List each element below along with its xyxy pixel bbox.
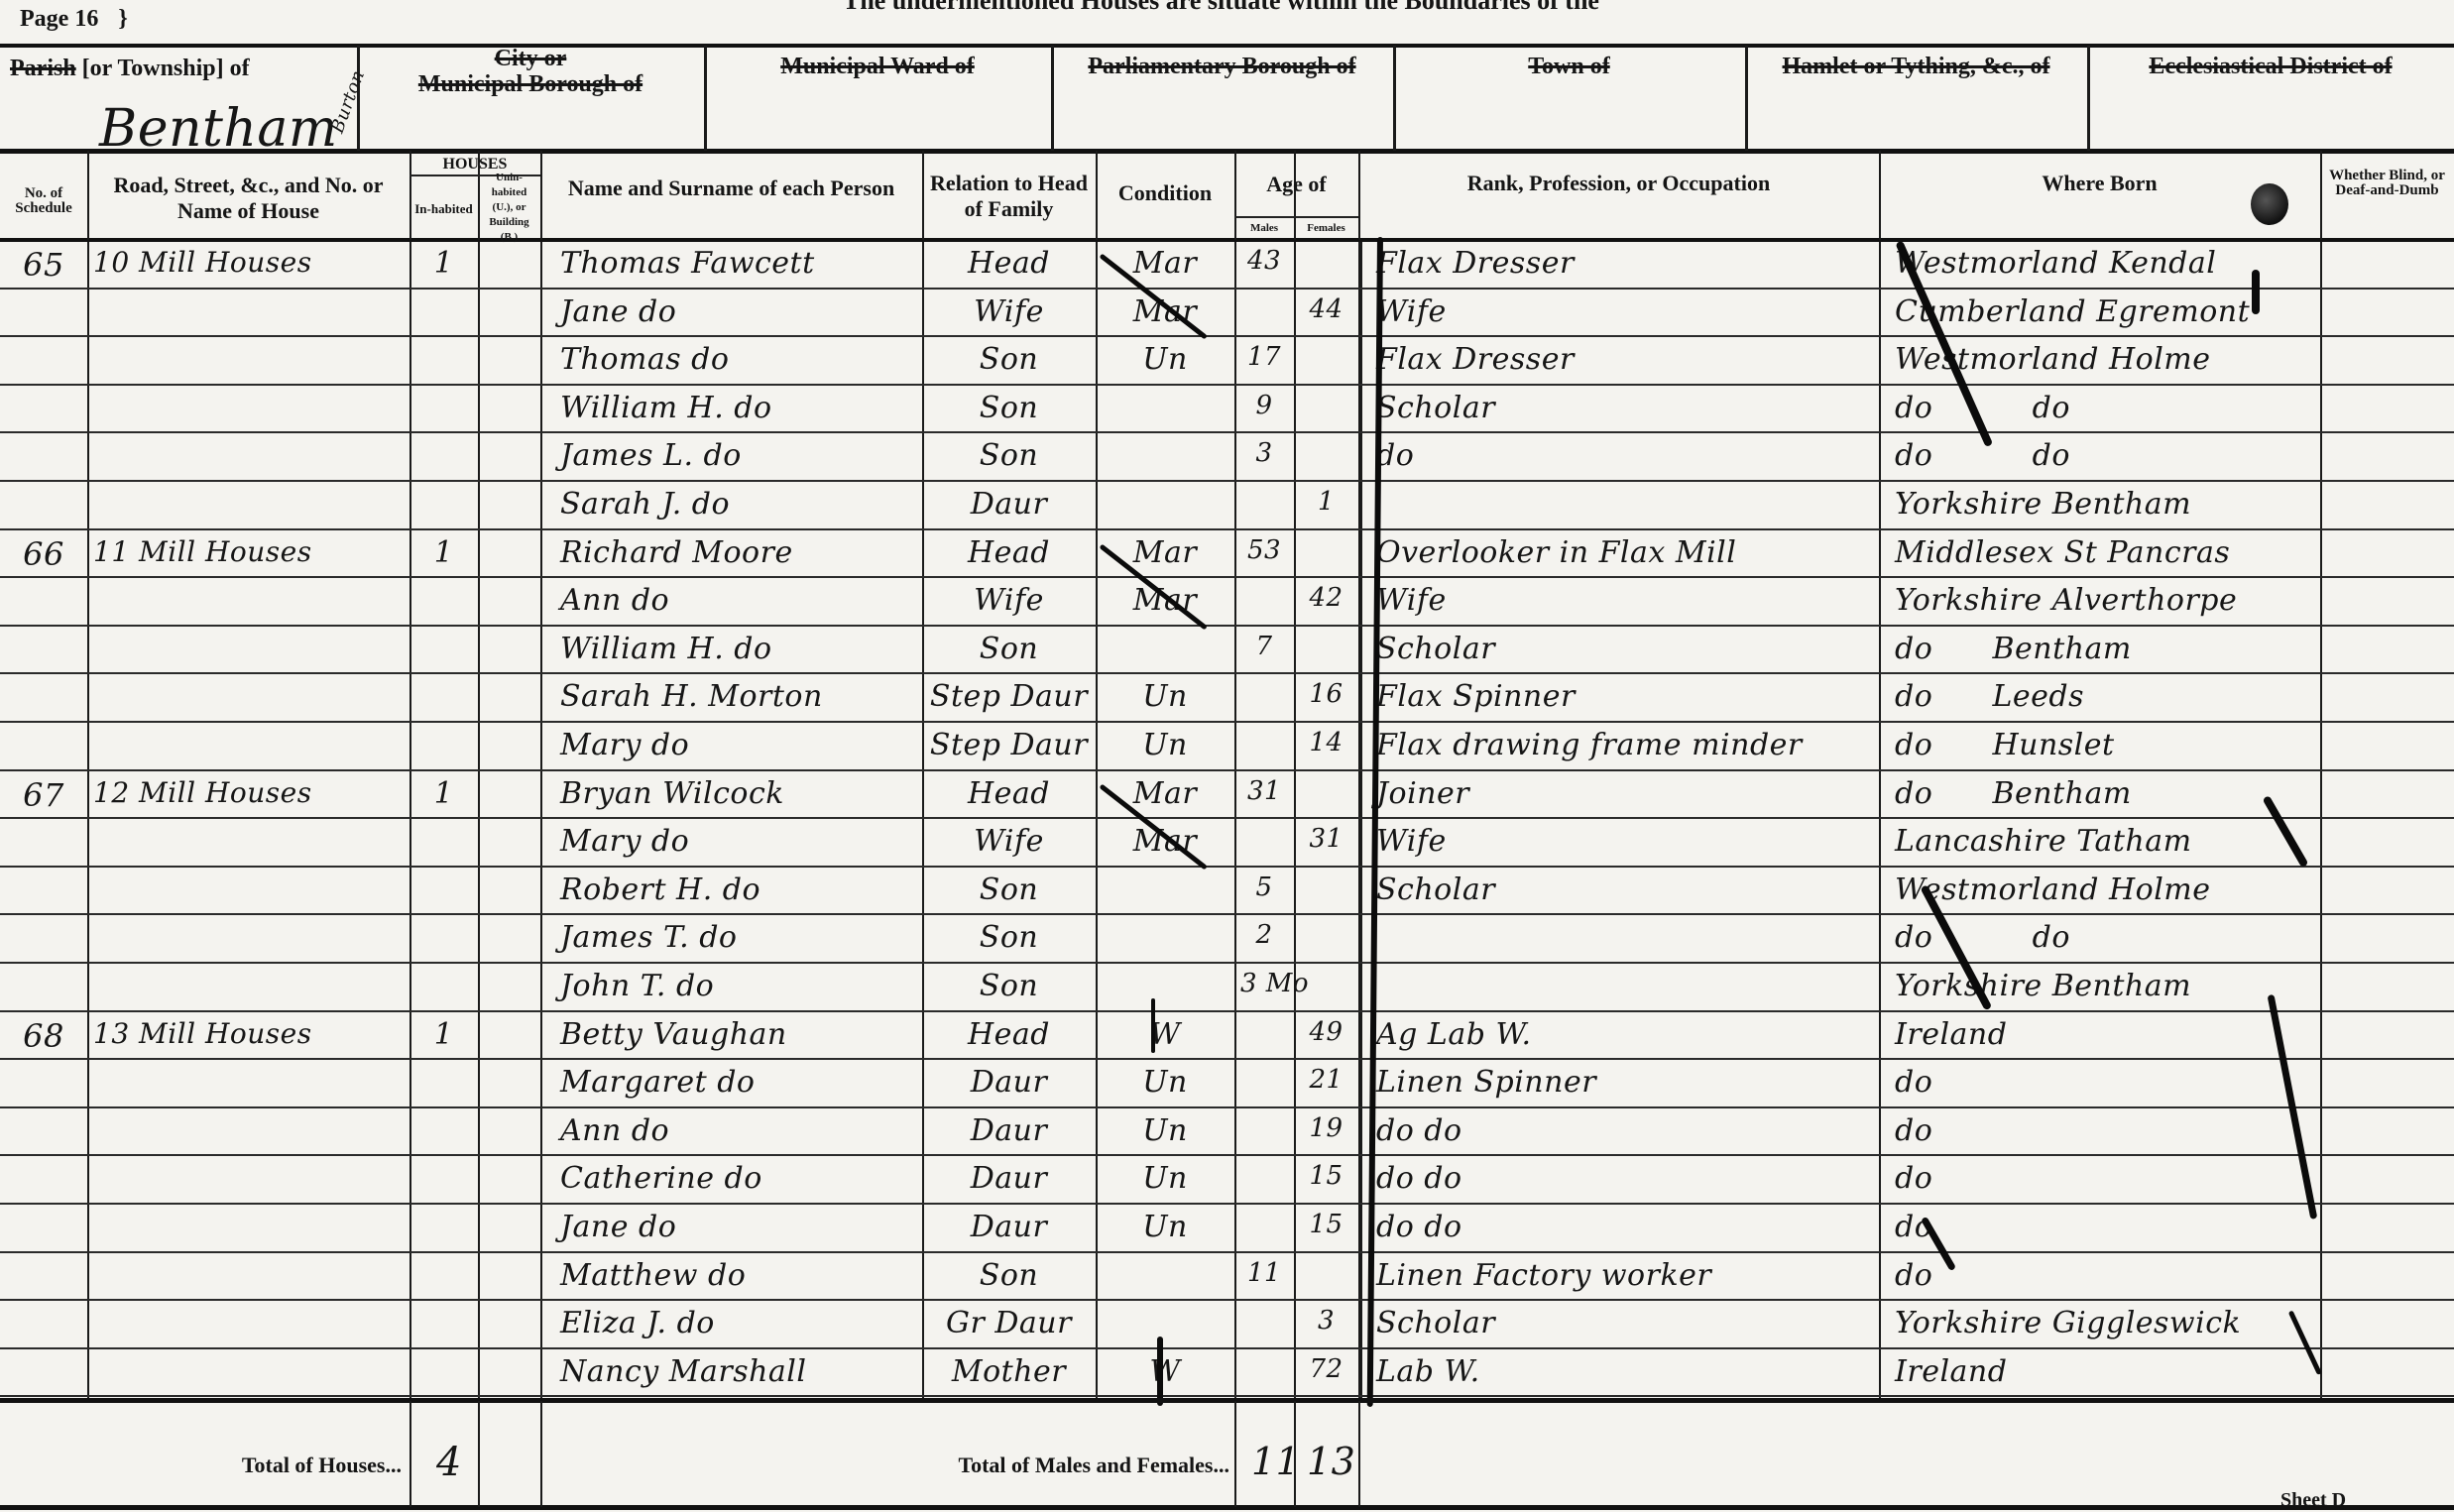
- table-row: Margaret doDaurUn21Linen Spinnerdo: [0, 1061, 2454, 1109]
- cell-males: 11: [1240, 1258, 1288, 1288]
- cell-relation: Wife: [928, 824, 1090, 859]
- cell-females: 49: [1300, 1017, 1352, 1047]
- cell-condition: W: [1102, 1017, 1228, 1052]
- total-houses-label: Total of Houses...: [149, 1453, 402, 1478]
- cell-relation: Son: [928, 342, 1090, 377]
- cell-name: Sarah J. do: [546, 487, 930, 522]
- cell-born: do Leeds: [1885, 679, 2324, 714]
- cell-road: 11 Mill Houses: [93, 535, 404, 568]
- borough-label: Municipal Borough of: [367, 71, 694, 97]
- cell-schedule: 66: [6, 535, 81, 573]
- cell-relation: Step Daur: [928, 679, 1090, 714]
- cell-schedule: 68: [6, 1017, 81, 1055]
- table-row: Matthew doSon11Linen Factory workerdo: [0, 1254, 2454, 1303]
- table-row: Eliza J. doGr Daur3ScholarYorkshire Gigg…: [0, 1302, 2454, 1350]
- locality-label-2: Municipal Ward of: [714, 54, 1041, 80]
- cell-occupation: Scholar: [1364, 1306, 1885, 1340]
- table-row: Sarah H. MortonStep DaurUn16Flax Spinner…: [0, 675, 2454, 724]
- cell-relation: Daur: [928, 1210, 1090, 1244]
- row-rule: [0, 913, 2454, 915]
- column-rule: [87, 151, 89, 240]
- cell-females: 14: [1300, 728, 1352, 757]
- cell-born: do: [1885, 1065, 2324, 1100]
- page-brace: }: [118, 6, 127, 32]
- cell-males: 5: [1240, 872, 1288, 902]
- cell-females: 42: [1300, 583, 1352, 613]
- column-rule: [1745, 46, 1748, 151]
- cell-relation: Son: [928, 632, 1090, 666]
- column-rule: [1096, 151, 1098, 240]
- cell-condition: Un: [1102, 728, 1228, 762]
- parish-struck: Parish: [10, 56, 76, 81]
- cell-condition: Mar: [1102, 246, 1228, 281]
- table-row: Ann doDaurUn19do dodo: [0, 1109, 2454, 1158]
- cell-condition: Un: [1102, 1065, 1228, 1100]
- rule-bottom: [0, 1505, 2454, 1510]
- cell-born: Yorkshire Bentham: [1885, 487, 2324, 522]
- cell-relation: Wife: [928, 583, 1090, 618]
- cell-condition: Mar: [1102, 824, 1228, 859]
- cell-inhabited: 1: [415, 246, 472, 281]
- row-rule: [0, 721, 2454, 723]
- header-occupation: Rank, Profession, or Occupation: [1361, 159, 1876, 208]
- column-rule: [478, 1401, 480, 1507]
- cell-relation: Son: [928, 391, 1090, 425]
- cell-occupation: do do: [1364, 1161, 1885, 1196]
- municipal-borough-label: City orMunicipal Borough of: [367, 46, 694, 97]
- cell-name: Margaret do: [546, 1065, 930, 1100]
- cell-born: Ireland: [1885, 1017, 2324, 1052]
- cell-born: do: [1885, 1113, 2324, 1148]
- township-label: [or Township] of: [82, 56, 250, 81]
- table-row: Mary doWifeMar31WifeLancashire Tatham: [0, 820, 2454, 869]
- column-rule: [2087, 46, 2090, 151]
- column-rule: [409, 1401, 411, 1507]
- table-row: Jane doWifeMar44WifeCumberland Egremont: [0, 291, 2454, 339]
- cell-name: Richard Moore: [546, 535, 930, 570]
- cell-name: William H. do: [546, 632, 930, 666]
- cell-males: 2: [1240, 920, 1288, 950]
- ink-blot: [2251, 183, 2288, 225]
- locality-label-6: Ecclesiastical District of: [2097, 54, 2444, 80]
- cell-name: James T. do: [546, 920, 930, 955]
- table-row: Jane doDaurUn15do dodo: [0, 1206, 2454, 1254]
- cell-name: Matthew do: [546, 1258, 930, 1293]
- cell-occupation: Linen Spinner: [1364, 1065, 1885, 1100]
- column-rule: [540, 151, 542, 240]
- cell-occupation: Scholar: [1364, 632, 1885, 666]
- cell-females: 3: [1300, 1306, 1352, 1336]
- header-males: Males: [1237, 218, 1291, 238]
- cell-condition: Mar: [1102, 294, 1228, 329]
- cell-relation: Mother: [928, 1354, 1090, 1389]
- cell-name: Thomas do: [546, 342, 930, 377]
- cell-males: 3: [1240, 438, 1288, 468]
- cell-females: 15: [1300, 1210, 1352, 1239]
- cell-born: do Bentham: [1885, 632, 2324, 666]
- cell-occupation: Scholar: [1364, 872, 1885, 907]
- table-row: James L. doSon3dodo do: [0, 434, 2454, 483]
- cell-males: 53: [1240, 535, 1288, 565]
- table-row: James T. doSon2do do: [0, 916, 2454, 965]
- column-rule: [2320, 151, 2322, 240]
- cell-males: 43: [1240, 246, 1288, 276]
- table-row: Mary doStep DaurUn14Flax drawing frame m…: [0, 724, 2454, 772]
- cell-relation: Son: [928, 872, 1090, 907]
- header-uninhabited: Unin-habited (U.), or Building (B.): [481, 176, 537, 238]
- row-rule: [0, 1058, 2454, 1060]
- row-rule: [0, 769, 2454, 771]
- locality-label-4: Town of: [1403, 54, 1735, 80]
- rule-totals-top: [0, 1398, 2454, 1403]
- column-rule: [922, 151, 924, 240]
- city-label: City or: [367, 46, 694, 71]
- cell-females: 21: [1300, 1065, 1352, 1095]
- row-rule: [0, 1347, 2454, 1349]
- row-rule: [0, 962, 2454, 964]
- cell-born: do Hunslet: [1885, 728, 2324, 762]
- cell-females: 1: [1300, 487, 1352, 517]
- cell-born: Middlesex St Pancras: [1885, 535, 2324, 570]
- table-row: Sarah J. doDaur1Yorkshire Bentham: [0, 483, 2454, 531]
- cell-name: Robert H. do: [546, 872, 930, 907]
- cell-males: 17: [1240, 342, 1288, 372]
- cell-name: Ann do: [546, 1113, 930, 1148]
- cell-relation: Daur: [928, 1161, 1090, 1196]
- rule-locality-bottom: [0, 149, 2454, 154]
- column-rule: [540, 1401, 542, 1507]
- header-inhabited: In-habited: [412, 178, 475, 238]
- cell-born: do: [1885, 1161, 2324, 1196]
- cell-name: Jane do: [546, 1210, 930, 1244]
- cell-condition: Mar: [1102, 776, 1228, 811]
- cell-females: 31: [1300, 824, 1352, 854]
- page-label: Page 16 }: [20, 6, 128, 33]
- header-age-of: Age of: [1237, 155, 1355, 214]
- locality-label-5: Hamlet or Tything, &c., of: [1755, 54, 2077, 80]
- row-rule: [0, 817, 2454, 819]
- row-rule: [0, 672, 2454, 674]
- cell-females: 44: [1300, 294, 1352, 324]
- header-condition: Condition: [1099, 159, 1231, 228]
- column-rule: [409, 151, 411, 240]
- row-rule: [0, 335, 2454, 337]
- cell-males: 31: [1240, 776, 1288, 806]
- cell-relation: Gr Daur: [928, 1306, 1090, 1340]
- table-row: Thomas doSonUn17Flax DresserWestmorland …: [0, 338, 2454, 387]
- table-row: William H. doSon7Scholardo Bentham: [0, 628, 2454, 676]
- table-row: Nancy MarshallMotherW72Lab W.Ireland: [0, 1350, 2454, 1399]
- cell-relation: Head: [928, 776, 1090, 811]
- table-row: William H. doSon9Scholardo do: [0, 387, 2454, 435]
- cell-name: Betty Vaughan: [546, 1017, 930, 1052]
- total-females-value: 13: [1307, 1440, 1355, 1483]
- cell-males: 7: [1240, 632, 1288, 661]
- table-row: 6712 Mill Houses1Bryan WilcockHeadMar31J…: [0, 772, 2454, 821]
- cell-road: 13 Mill Houses: [93, 1017, 404, 1050]
- cell-occupation: Wife: [1364, 294, 1885, 329]
- row-rule: [0, 1106, 2454, 1108]
- header-relation: Relation to Head of Family: [925, 155, 1093, 238]
- cell-born: do do: [1885, 391, 2324, 425]
- cell-inhabited: 1: [415, 535, 472, 570]
- row-rule: [0, 1154, 2454, 1156]
- cell-occupation: do do: [1364, 1210, 1885, 1244]
- cell-occupation: Flax Dresser: [1364, 342, 1885, 377]
- sheet-label: Sheet D: [2280, 1489, 2346, 1512]
- row-rule: [0, 384, 2454, 386]
- cell-condition: Un: [1102, 1161, 1228, 1196]
- table-row: 6813 Mill Houses1Betty VaughanHeadW49Ag …: [0, 1013, 2454, 1062]
- cell-occupation: do: [1364, 438, 1885, 473]
- pen-stroke: [1151, 998, 1155, 1053]
- row-rule: [0, 1251, 2454, 1253]
- cell-born: Yorkshire Giggleswick: [1885, 1306, 2324, 1340]
- cell-born: Ireland: [1885, 1354, 2324, 1389]
- header-blind: Whether Blind, or Deaf-and-Dumb: [2323, 149, 2451, 218]
- cell-name: Nancy Marshall: [546, 1354, 930, 1389]
- header-road: Road, Street, &c., and No. or Name of Ho…: [90, 159, 407, 238]
- column-rule: [1358, 151, 1360, 240]
- cell-road: 12 Mill Houses: [93, 776, 404, 809]
- total-persons-label: Total of Males and Females...: [813, 1453, 1229, 1478]
- row-rule: [0, 288, 2454, 290]
- cell-occupation: Joiner: [1364, 776, 1885, 811]
- row-rule: [0, 480, 2454, 482]
- cell-schedule: 67: [6, 776, 81, 814]
- cell-schedule: 65: [6, 246, 81, 284]
- cell-males: 9: [1240, 391, 1288, 420]
- township-value: Bentham: [99, 99, 338, 159]
- header-name: Name and Surname of each Person: [543, 159, 919, 218]
- cell-name: Jane do: [546, 294, 930, 329]
- cell-relation: Son: [928, 969, 1090, 1003]
- table-row: John T. doSon3 MoYorkshire Bentham: [0, 965, 2454, 1013]
- cell-born: do do: [1885, 438, 2324, 473]
- cell-relation: Son: [928, 438, 1090, 473]
- cell-name: Mary do: [546, 824, 930, 859]
- cell-born: Yorkshire Alverthorpe: [1885, 583, 2324, 618]
- cell-relation: Son: [928, 920, 1090, 955]
- cell-condition: Un: [1102, 342, 1228, 377]
- column-rule: [1393, 46, 1396, 151]
- cell-condition: Mar: [1102, 583, 1228, 618]
- cell-road: 10 Mill Houses: [93, 246, 404, 279]
- cell-condition: Un: [1102, 1210, 1228, 1244]
- cell-name: Sarah H. Morton: [546, 679, 930, 714]
- cell-females: 19: [1300, 1113, 1352, 1143]
- row-rule: [0, 866, 2454, 868]
- column-rule: [1234, 151, 1236, 240]
- cell-relation: Head: [928, 535, 1090, 570]
- column-rule: [1358, 1401, 1360, 1507]
- header-females: Females: [1297, 218, 1355, 238]
- cell-name: Ann do: [546, 583, 930, 618]
- cell-occupation: Linen Factory worker: [1364, 1258, 1885, 1293]
- cell-occupation: Flax Spinner: [1364, 679, 1885, 714]
- cell-occupation: Wife: [1364, 583, 1885, 618]
- parish-label: Parish[or Township] of: [10, 56, 250, 82]
- cell-relation: Wife: [928, 294, 1090, 329]
- cell-occupation: Lab W.: [1364, 1354, 1885, 1389]
- cell-females: 15: [1300, 1161, 1352, 1191]
- header-schedule: No. of Schedule: [3, 164, 84, 238]
- pen-stroke: [1157, 1337, 1163, 1406]
- cell-relation: Head: [928, 1017, 1090, 1052]
- cell-relation: Son: [928, 1258, 1090, 1293]
- cell-name: Eliza J. do: [546, 1306, 930, 1340]
- row-rule: [0, 431, 2454, 433]
- cell-relation: Head: [928, 246, 1090, 281]
- column-rule: [1234, 1401, 1236, 1507]
- cell-condition: Un: [1102, 679, 1228, 714]
- table-row: 6611 Mill Houses1Richard MooreHeadMar53O…: [0, 531, 2454, 580]
- cell-relation: Daur: [928, 487, 1090, 522]
- cell-born: Westmorland Holme: [1885, 872, 2324, 907]
- table-row: Robert H. doSon5ScholarWestmorland Holme: [0, 869, 2454, 917]
- cell-females: 16: [1300, 679, 1352, 709]
- cell-name: John T. do: [546, 969, 930, 1003]
- cell-condition: W: [1102, 1354, 1228, 1389]
- locality-label-3: Parliamentary Borough of: [1061, 54, 1383, 80]
- cell-occupation: Wife: [1364, 824, 1885, 859]
- table-row: Catherine doDaurUn15do dodo: [0, 1157, 2454, 1206]
- cell-born: Lancashire Tatham: [1885, 824, 2324, 859]
- cell-name: Thomas Fawcett: [546, 246, 930, 281]
- cell-relation: Daur: [928, 1065, 1090, 1100]
- cell-name: Catherine do: [546, 1161, 930, 1196]
- cell-name: James L. do: [546, 438, 930, 473]
- cell-occupation: do do: [1364, 1113, 1885, 1148]
- pen-stroke: [2252, 270, 2260, 314]
- column-rule: [1879, 151, 1881, 240]
- cell-occupation: Flax Dresser: [1364, 246, 1885, 281]
- cell-relation: Step Daur: [928, 728, 1090, 762]
- top-banner: The undermentioned Houses are situate wi…: [843, 0, 1599, 16]
- cell-relation: Daur: [928, 1113, 1090, 1148]
- cell-born: do: [1885, 1210, 2324, 1244]
- cell-inhabited: 1: [415, 1017, 472, 1052]
- cell-occupation: Overlooker in Flax Mill: [1364, 535, 1885, 570]
- row-rule: [0, 1299, 2454, 1301]
- column-rule: [704, 46, 707, 151]
- cell-name: Bryan Wilcock: [546, 776, 930, 811]
- cell-inhabited: 1: [415, 776, 472, 811]
- cell-occupation: Ag Lab W.: [1364, 1017, 1885, 1052]
- cell-females: 72: [1300, 1354, 1352, 1384]
- row-rule: [0, 528, 2454, 530]
- total-houses-value: 4: [436, 1440, 462, 1485]
- page-number: Page 16: [20, 6, 98, 32]
- row-rule: [0, 625, 2454, 627]
- row-rule: [0, 1010, 2454, 1012]
- row-rule: [0, 1203, 2454, 1205]
- row-rule: [0, 576, 2454, 578]
- cell-name: William H. do: [546, 391, 930, 425]
- cell-born: Yorkshire Bentham: [1885, 969, 2324, 1003]
- cell-occupation: Flax drawing frame minder: [1364, 728, 1885, 762]
- cell-occupation: Scholar: [1364, 391, 1885, 425]
- total-males-value: 11: [1251, 1440, 1300, 1483]
- column-rule: [1051, 46, 1054, 151]
- cell-name: Mary do: [546, 728, 930, 762]
- table-row: Ann doWifeMar42WifeYorkshire Alverthorpe: [0, 579, 2454, 628]
- cell-males: 3 Mo: [1240, 969, 1288, 998]
- cell-born: do Bentham: [1885, 776, 2324, 811]
- cell-condition: Un: [1102, 1113, 1228, 1148]
- table-row: 6510 Mill Houses1Thomas FawcettHeadMar43…: [0, 242, 2454, 291]
